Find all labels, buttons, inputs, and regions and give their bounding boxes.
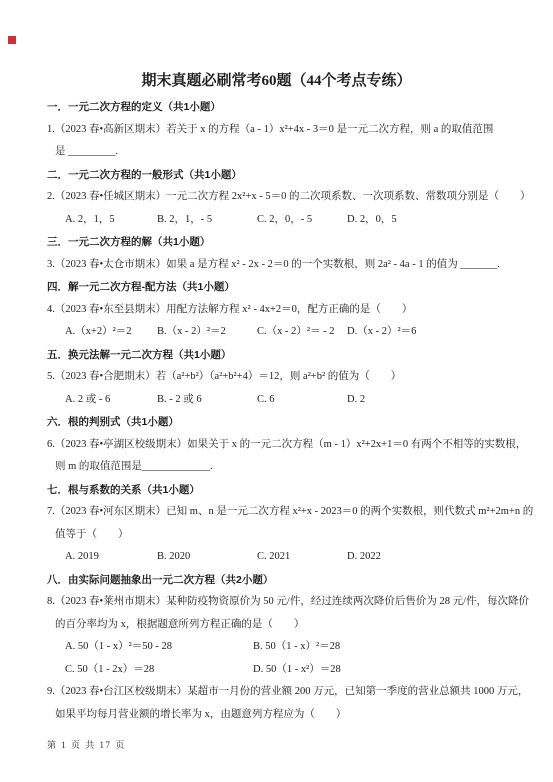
section-heading-2: 二．一元二次方程的一般形式（共1小题） bbox=[47, 164, 517, 187]
option-b: B. - 2 或 6 bbox=[157, 389, 257, 412]
document-page: 期末真题必刷常考60题（44个考点专练） 一．一元二次方程的定义（共1小题） 1… bbox=[0, 0, 553, 782]
option-c: C. 50（1 - 2x）＝28 bbox=[65, 659, 253, 682]
question-8-options-row-2: C. 50（1 - 2x）＝28 D. 50（1 - x²）＝28 bbox=[47, 659, 517, 682]
option-d: D. 2 bbox=[347, 389, 517, 412]
option-b: B.（x - 2）²＝2 bbox=[157, 321, 257, 344]
option-a: A. 50（1 - x）²＝50 - 28 bbox=[65, 636, 253, 659]
option-d: D. 2022 bbox=[347, 546, 517, 569]
question-5-line-1: 5.（2023 春•合肥期末）若（a²+b²）（a²+b²+4）＝12，则 a²… bbox=[47, 366, 517, 389]
question-1-line-2-blank: 是 _________. bbox=[47, 141, 517, 164]
option-c: C.（x - 2）²＝ - 2 bbox=[257, 321, 347, 344]
question-8-line-1: 8.（2023 春•莱州市期末）某种防疫物资原价为 50 元/件，经过连续两次降… bbox=[47, 591, 517, 614]
question-8-line-2: 的百分率均为 x，根据题意所列方程正确的是（ ） bbox=[47, 614, 517, 637]
option-a: A. 2019 bbox=[65, 546, 157, 569]
question-2-line-1: 2.（2023 春•任城区期末）一元二次方程 2x²+x - 5＝0 的二次项系… bbox=[47, 186, 517, 209]
option-b: B. 50（1 - x）²＝28 bbox=[253, 636, 517, 659]
section-heading-5: 五．换元法解一元二次方程（共1小题） bbox=[47, 344, 517, 367]
option-d: D. 50（1 - x²）＝28 bbox=[253, 659, 517, 682]
question-5-options: A. 2 或 - 6 B. - 2 或 6 C. 6 D. 2 bbox=[47, 389, 517, 412]
option-c: C. 2021 bbox=[257, 546, 347, 569]
option-d: D.（x - 2）²＝6 bbox=[347, 321, 517, 344]
question-3-line-1: 3.（2023 春•太仓市期末）如果 a 是方程 x² - 2x - 2＝0 的… bbox=[47, 254, 517, 277]
question-7-options: A. 2019 B. 2020 C. 2021 D. 2022 bbox=[47, 546, 517, 569]
page-footer: 第 1 页 共 17 页 bbox=[47, 738, 126, 751]
section-heading-6: 六．根的判别式（共1小题） bbox=[47, 411, 517, 434]
section-heading-3: 三．一元二次方程的解（共1小题） bbox=[47, 231, 517, 254]
question-1-line-1: 1.（2023 春•高新区期末）若关于 x 的方程（a - 1）x²+4x - … bbox=[47, 119, 517, 142]
question-9-line-2: 如果平均每月营业额的增长率为 x，由题意列方程应为（ ） bbox=[47, 704, 517, 727]
question-6-line-2-blank: 则 m 的取值范围是_____________. bbox=[47, 456, 517, 479]
question-4-line-1: 4.（2023 春•东至县期末）用配方法解方程 x² - 4x+2＝0，配方正确… bbox=[47, 299, 517, 322]
document-title: 期末真题必刷常考60题（44个考点专练） bbox=[0, 68, 553, 94]
section-heading-8: 八．由实际问题抽象出一元二次方程（共2小题） bbox=[47, 569, 517, 592]
question-9-line-1: 9.（2023 春•台江区校级期末）某超市一月份的营业额 200 万元，已知第一… bbox=[47, 681, 517, 704]
option-a: A. 2 或 - 6 bbox=[65, 389, 157, 412]
section-heading-1: 一．一元二次方程的定义（共1小题） bbox=[47, 96, 517, 119]
question-7-line-2: 值等于（ ） bbox=[47, 524, 517, 547]
section-heading-7: 七．根与系数的关系（共1小题） bbox=[47, 479, 517, 502]
option-c: C. 2，0，- 5 bbox=[257, 209, 347, 232]
option-a: A.（x+2）²＝2 bbox=[65, 321, 157, 344]
option-a: A. 2，1，5 bbox=[65, 209, 157, 232]
option-b: B. 2020 bbox=[157, 546, 257, 569]
option-c: C. 6 bbox=[257, 389, 347, 412]
red-marker-icon bbox=[8, 36, 16, 44]
option-b: B. 2，1，- 5 bbox=[157, 209, 257, 232]
question-6-line-1: 6.（2023 春•亭湖区校级期末）如果关于 x 的一元二次方程（m - 1）x… bbox=[47, 434, 517, 457]
section-heading-4: 四．解一元二次方程-配方法（共1小题） bbox=[47, 276, 517, 299]
question-4-options: A.（x+2）²＝2 B.（x - 2）²＝2 C.（x - 2）²＝ - 2 … bbox=[47, 321, 517, 344]
option-d: D. 2，0，5 bbox=[347, 209, 517, 232]
question-7-line-1: 7.（2023 春•河东区期末）已知 m、n 是一元二次方程 x²+x - 20… bbox=[47, 501, 517, 524]
question-8-options-row-1: A. 50（1 - x）²＝50 - 28 B. 50（1 - x）²＝28 bbox=[47, 636, 517, 659]
question-2-options: A. 2，1，5 B. 2，1，- 5 C. 2，0，- 5 D. 2，0，5 bbox=[47, 209, 517, 232]
document-body: 一．一元二次方程的定义（共1小题） 1.（2023 春•高新区期末）若关于 x … bbox=[0, 94, 553, 726]
